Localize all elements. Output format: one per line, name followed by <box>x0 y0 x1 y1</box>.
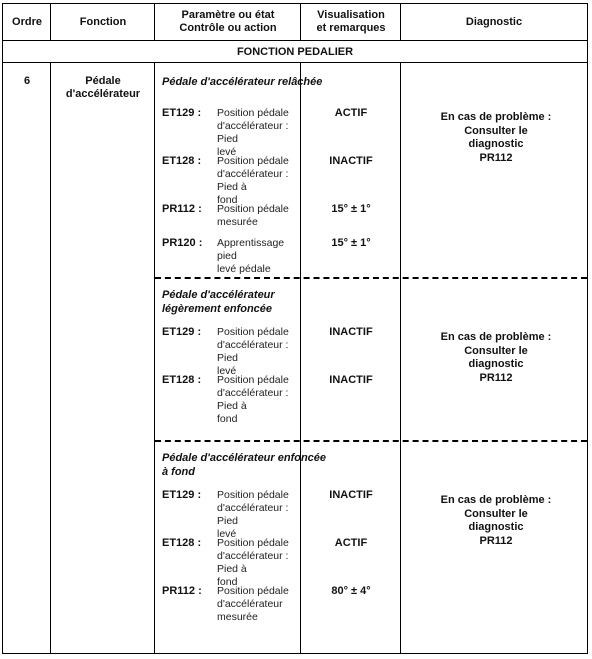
diagnostic-line: Consulter le <box>403 125 589 139</box>
param-desc-line: d'accélérateur : Pied <box>217 339 303 365</box>
diagnostic-note: En cas de problème : Consulter le diagno… <box>403 494 589 548</box>
block-title: Pédale d'accélérateur enfoncée à fond <box>162 451 362 479</box>
diagnostic-line: En cas de problème : <box>403 331 589 345</box>
column-divider <box>300 4 301 40</box>
block-title-line2: à fond <box>162 465 362 479</box>
block-pedal-fully-pressed: Pédale d'accélérateur enfoncée à fond ET… <box>155 442 587 654</box>
section-title-label: FONCTION PEDALIER <box>237 46 353 58</box>
param-value: ACTIF <box>301 107 401 120</box>
header-diagnostic-label: Diagnostic <box>466 16 522 29</box>
diagnostic-line: PR112 <box>403 535 589 549</box>
param-desc-line: Position pédale <box>217 155 303 168</box>
diagnostic-line: diagnostic <box>403 358 589 372</box>
param-desc-line: d'accélérateur <box>217 598 303 611</box>
column-divider <box>154 4 155 40</box>
diagnostic-note: En cas de problème : Consulter le diagno… <box>403 111 589 165</box>
param-desc: Position pédale d'accélérateur : Pied le… <box>217 107 303 159</box>
param-desc-line: Position pédale <box>217 107 303 120</box>
param-code: ET129 : <box>162 326 216 339</box>
diagnostic-line: diagnostic <box>403 138 589 152</box>
header-ordre: Ordre <box>3 4 51 40</box>
param-desc: Position pédale d'accélérateur : Pied à … <box>217 374 303 426</box>
param-desc-line: Position pédale <box>217 203 303 216</box>
param-value: 15° ± 1° <box>301 203 401 216</box>
param-desc: Position pédale mesurée <box>217 203 303 229</box>
fonction-line2: d'accélérateur <box>51 88 155 101</box>
param-code: ET129 : <box>162 107 216 120</box>
param-code: PR112 : <box>162 585 216 598</box>
param-code: ET128 : <box>162 155 216 168</box>
header-parametre: Paramètre ou état Contrôle ou action <box>155 4 301 40</box>
param-desc-line: Position pédale <box>217 374 303 387</box>
block-pedal-slightly-pressed: Pédale d'accélérateur légèrement enfoncé… <box>155 279 587 439</box>
param-value: INACTIF <box>301 326 401 339</box>
header-visualisation: Visualisation et remarques <box>301 4 401 40</box>
param-desc-line: d'accélérateur : Pied à <box>217 168 303 194</box>
fonction-cell: Pédale d'accélérateur <box>51 75 155 101</box>
param-desc-line: Position pédale <box>217 326 303 339</box>
param-desc-line: Position pédale <box>217 489 303 502</box>
diagnostic-note: En cas de problème : Consulter le diagno… <box>403 331 589 385</box>
param-code: ET128 : <box>162 537 216 550</box>
param-desc-line: d'accélérateur : Pied à <box>217 387 303 413</box>
pedal-function-table: Ordre Fonction Paramètre ou état Contrôl… <box>2 3 588 654</box>
param-value: INACTIF <box>301 489 401 502</box>
header-visualisation-line2: et remarques <box>316 22 385 35</box>
param-value: 15° ± 1° <box>301 237 401 250</box>
param-value: INACTIF <box>301 155 401 168</box>
diagnostic-line: PR112 <box>403 152 589 166</box>
param-desc-line: d'accélérateur : Pied <box>217 502 303 528</box>
diagnostic-line: En cas de problème : <box>403 111 589 125</box>
param-desc-line: d'accélérateur : Pied à <box>217 550 303 576</box>
column-divider <box>50 63 51 653</box>
param-desc: Position pédale d'accélérateur : Pied le… <box>217 489 303 541</box>
header-parametre-line1: Paramètre ou état <box>179 9 276 22</box>
param-desc-line: d'accélérateur : Pied <box>217 120 303 146</box>
diagnostic-line: PR112 <box>403 372 589 386</box>
diagnostic-line: Consulter le <box>403 508 589 522</box>
param-desc: Position pédale d'accélérateur : Pied à … <box>217 155 303 207</box>
param-code: PR112 : <box>162 203 216 216</box>
block-title: Pédale d'accélérateur relâchée <box>162 75 362 89</box>
param-desc-line: Apprentissage pied <box>217 237 303 263</box>
param-desc: Position pédale d'accélérateur : Pied le… <box>217 326 303 378</box>
param-desc: Position pédale d'accélérateur mesurée <box>217 585 303 624</box>
param-desc-line: Position pédale <box>217 537 303 550</box>
param-code: PR120 : <box>162 237 216 250</box>
block-title-line2: légèrement enfoncée <box>162 302 300 316</box>
param-desc-line: fond <box>217 413 303 426</box>
block-title-line1: Pédale d'accélérateur <box>162 288 300 302</box>
header-diagnostic: Diagnostic <box>401 4 587 40</box>
param-code: ET129 : <box>162 489 216 502</box>
diagnostic-line: Consulter le <box>403 345 589 359</box>
block-title-line1: Pédale d'accélérateur enfoncée <box>162 451 362 465</box>
param-value: INACTIF <box>301 374 401 387</box>
param-desc-line: mesurée <box>217 611 303 624</box>
param-desc: Position pédale d'accélérateur : Pied à … <box>217 537 303 589</box>
block-title: Pédale d'accélérateur légèrement enfoncé… <box>162 288 300 316</box>
diagnostic-line: En cas de problème : <box>403 494 589 508</box>
header-parametre-line2: Contrôle ou action <box>179 22 276 35</box>
param-desc: Apprentissage pied levé pédale <box>217 237 303 276</box>
param-value: ACTIF <box>301 537 401 550</box>
header-fonction: Fonction <box>51 4 155 40</box>
param-desc-line: Position pédale <box>217 585 303 598</box>
column-divider <box>50 4 51 40</box>
block-pedal-released: Pédale d'accélérateur relâchée ET129 : P… <box>155 63 587 277</box>
section-title: FONCTION PEDALIER <box>3 41 587 63</box>
column-divider <box>400 4 401 40</box>
header-visualisation-line1: Visualisation <box>316 9 385 22</box>
fonction-line1: Pédale <box>51 75 155 88</box>
ordre-cell: 6 <box>3 75 51 87</box>
table-header: Ordre Fonction Paramètre ou état Contrôl… <box>3 4 587 41</box>
param-desc-line: mesurée <box>217 216 303 229</box>
param-code: ET128 : <box>162 374 216 387</box>
header-fonction-label: Fonction <box>80 16 126 29</box>
diagnostic-line: diagnostic <box>403 521 589 535</box>
header-ordre-label: Ordre <box>12 16 42 29</box>
block-title-line1: Pédale d'accélérateur relâchée <box>162 75 362 89</box>
table-body: 6 Pédale d'accélérateur Pédale d'accélér… <box>3 63 587 653</box>
param-desc-line: levé pédale <box>217 263 303 276</box>
param-value: 80° ± 4° <box>301 585 401 598</box>
